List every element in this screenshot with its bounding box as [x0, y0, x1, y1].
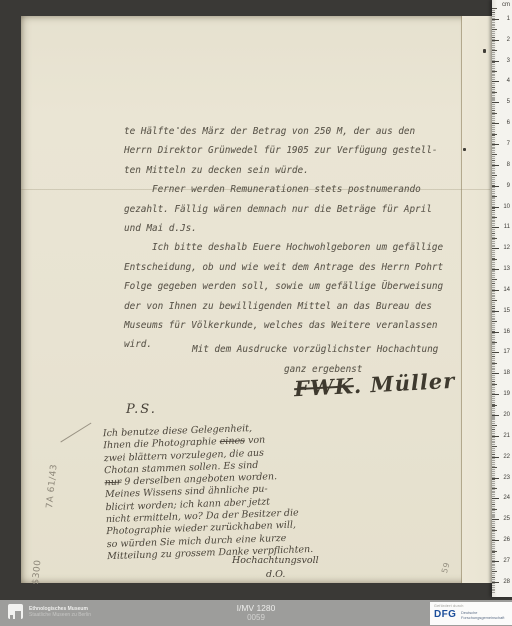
cm-ruler: cm 1234567891011121314151617181920212223…: [492, 0, 512, 597]
ruler-half-cm-tick: [492, 446, 497, 447]
ruler-half-cm-tick: [492, 259, 497, 260]
ruler-number: 3: [507, 58, 510, 64]
ruler-half-cm-tick: [492, 300, 497, 301]
price-mark-note: $300: [31, 559, 44, 585]
ruler-cm-tick: [492, 248, 499, 249]
ruler-cm-tick: [492, 207, 499, 208]
ruler-half-cm-tick: [492, 29, 497, 30]
typed-line: Entscheidung, ob und wie weit dem Antrag…: [124, 263, 443, 273]
signature-surname: . Müller: [353, 368, 456, 398]
ruler-half-cm-tick: [492, 321, 497, 322]
footer-bar: Ethnologisches Museum Staatliche Museen …: [0, 600, 512, 626]
ruler-cm-tick: [492, 373, 499, 374]
ruler-half-cm-tick: [492, 425, 497, 426]
ruler-cm-tick: [492, 19, 499, 20]
ink-speck: [483, 49, 486, 53]
ruler-number: 16: [503, 329, 510, 335]
ruler-number: 28: [503, 579, 510, 585]
ruler-number: 21: [503, 433, 510, 439]
ruler-number: 7: [507, 141, 510, 147]
ruler-number: 1: [507, 16, 510, 22]
ruler-half-cm-tick: [492, 509, 497, 510]
ruler-number: 26: [503, 537, 510, 543]
postscript-initials: d.O.: [266, 569, 285, 580]
ruler-cm-tick: [492, 498, 499, 499]
postscript-closing: Hochachtungsvoll: [232, 555, 319, 566]
ruler-number: 11: [504, 224, 510, 230]
ruler-cm-tick: [492, 61, 499, 62]
ruler-half-cm-tick: [492, 488, 497, 489]
pencil-check-stroke: [60, 423, 91, 443]
ruler-number: 13: [503, 266, 510, 272]
typed-line: gezahlt. Fällig wären demnach nur die Be…: [124, 205, 432, 215]
letter-page: te Hälfte des März der Betrag von 250 M,…: [21, 16, 512, 583]
ruler-cm-tick: [492, 394, 499, 395]
ruler-number: 12: [503, 245, 510, 251]
ruler-number: 18: [503, 370, 510, 376]
ruler-number: 27: [503, 558, 510, 564]
ruler-cm-tick: [492, 457, 499, 458]
ruler-half-cm-tick: [492, 363, 497, 364]
ruler-half-cm-tick: [492, 342, 497, 343]
ruler-cm-tick: [492, 81, 499, 82]
ruler-number: 25: [503, 516, 510, 522]
ruler-number: 24: [503, 495, 510, 501]
ruler-half-cm-tick: [492, 113, 497, 114]
ruler-half-cm-tick: [492, 71, 497, 72]
ruler-cm-tick: [492, 227, 499, 228]
ruler-half-cm-tick: [492, 238, 497, 239]
typed-line: Folge gegeben werden soll, sowie um gefä…: [124, 282, 443, 292]
ruler-number: 6: [507, 120, 510, 126]
ruler-cm-tick: [492, 582, 499, 583]
ruler-half-cm-tick: [492, 175, 497, 176]
typed-line: Ferner werden Remunerationen stets postn…: [152, 185, 421, 195]
ruler-cm-tick: [492, 123, 499, 124]
ruler-cm-tick: [492, 478, 499, 479]
ruler-half-cm-tick: [492, 279, 497, 280]
dfg-logo: DFG: [434, 609, 456, 620]
typed-line: Ich bitte deshalb Euere Hochwohlgeboren …: [152, 243, 443, 253]
ruler-cm-tick: [492, 332, 499, 333]
ruler-half-cm-tick: [492, 134, 497, 135]
ruler-number: 23: [503, 475, 510, 481]
ruler-number: 19: [503, 391, 510, 397]
ruler-unit-label: cm: [502, 2, 510, 8]
ruler-half-cm-tick: [492, 154, 497, 155]
typed-line: und Mai d.Js.: [124, 224, 197, 234]
signature-initials: FWK: [293, 373, 354, 401]
pencil-page-number: 59: [440, 561, 452, 574]
typed-line: Museums für Völkerkunde, welches das Wei…: [124, 321, 437, 331]
ruler-cm-tick: [492, 540, 499, 541]
typed-line: der von Ihnen zu bewilligenden Mittel an…: [124, 302, 432, 312]
ruler-cm-tick: [492, 436, 499, 437]
ruler-number: 5: [507, 99, 510, 105]
ruler-half-cm-tick: [492, 405, 497, 406]
ruler-cm-tick: [492, 290, 499, 291]
ruler-cm-tick: [492, 561, 499, 562]
ruler-number: 2: [507, 37, 510, 43]
funding-org-name: Deutsche Forschungsgemeinschaft: [461, 611, 504, 620]
closing-salutation: Mit dem Ausdrucke vorzüglichster Hochach…: [192, 345, 438, 355]
ruler-number: 10: [503, 204, 510, 210]
ruler-number: 22: [503, 454, 510, 460]
shelfmark-note: 7A 61/43: [45, 464, 60, 509]
ruler-number: 14: [503, 287, 510, 293]
ruler-number: 8: [507, 162, 510, 168]
page-right-edge: [462, 16, 492, 583]
funding-pretext: Gefördert durch: [434, 604, 464, 608]
typed-line: wird.: [124, 340, 152, 350]
ruler-half-cm-tick: [492, 551, 497, 552]
ruler-number: 15: [503, 308, 510, 314]
typed-line: Herrn Direktor Grünwedel für 1905 zur Ve…: [124, 146, 437, 156]
ruler-cm-tick: [492, 144, 499, 145]
ruler-half-cm-tick: [492, 384, 497, 385]
ruler-half-cm-tick: [492, 50, 497, 51]
ruler-cm-tick: [492, 269, 499, 270]
funding-org-line2: Forschungsgemeinschaft: [461, 616, 504, 621]
ruler-number: 4: [507, 78, 510, 84]
typed-line: te Hälfte des März der Betrag von 250 M,…: [124, 127, 415, 137]
ruler-cm-tick: [492, 311, 499, 312]
typed-line: ten Mitteln zu decken sein würde.: [124, 166, 309, 176]
ruler-half-cm-tick: [492, 8, 497, 9]
ruler-half-cm-tick: [492, 92, 497, 93]
ruler-half-cm-tick: [492, 217, 497, 218]
ruler-cm-tick: [492, 415, 499, 416]
ruler-half-cm-tick: [492, 467, 497, 468]
ruler-cm-tick: [492, 186, 499, 187]
postscript-label: P.S.: [126, 402, 157, 417]
ink-speck: [463, 148, 466, 151]
ruler-cm-tick: [492, 102, 499, 103]
postscript-text: Ich benutze diese Gelegenheit,Ihnen die …: [103, 420, 348, 564]
ruler-cm-tick: [492, 165, 499, 166]
ruler-half-cm-tick: [492, 196, 497, 197]
ruler-number: 9: [507, 183, 510, 189]
ruler-cm-tick: [492, 519, 499, 520]
ruler-number: 17: [503, 349, 510, 355]
ruler-number: 20: [503, 412, 510, 418]
funding-box: Gefördert durch DFG Deutsche Forschungsg…: [430, 602, 512, 625]
ruler-cm-tick: [492, 40, 499, 41]
ruler-cm-tick: [492, 352, 499, 353]
ruler-half-cm-tick: [492, 571, 497, 572]
scan-viewport: te Hälfte des März der Betrag von 250 M,…: [0, 0, 512, 626]
ruler-half-cm-tick: [492, 530, 497, 531]
